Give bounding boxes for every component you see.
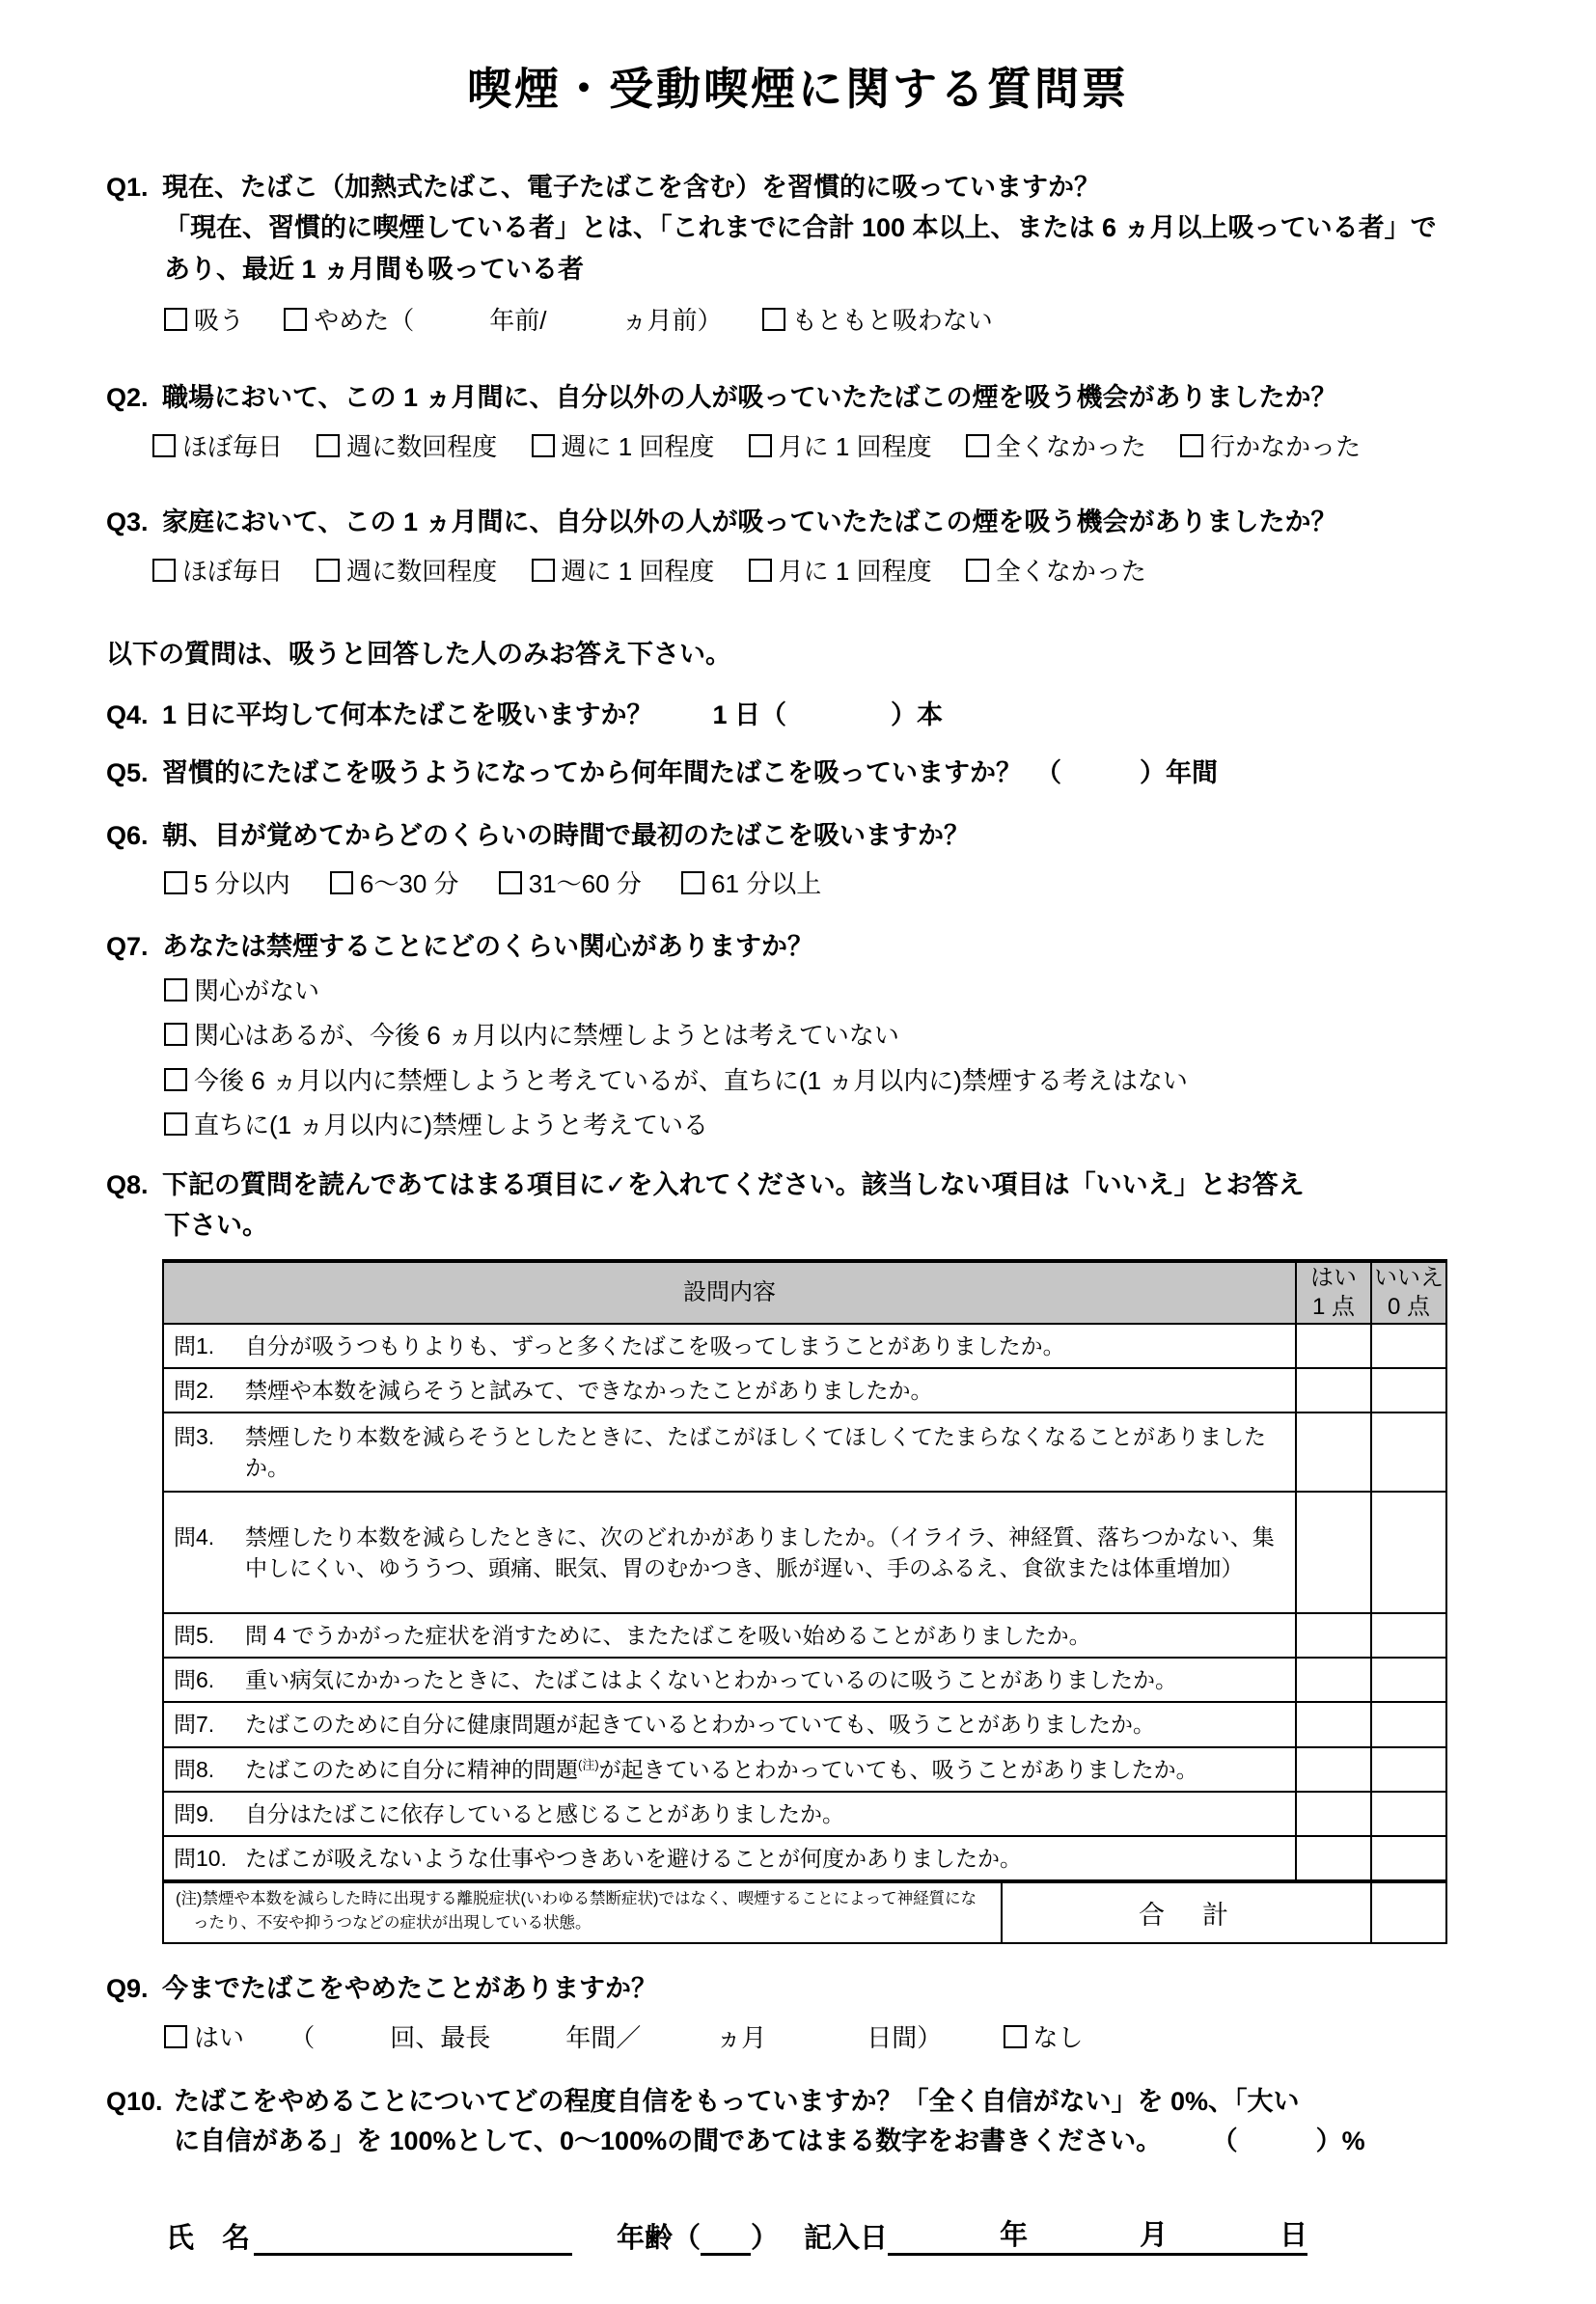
question-number: Q10. (106, 2082, 174, 2122)
checkbox-option: はい (164, 2018, 244, 2057)
question-text: 家庭において、この 1 ヵ月間に、自分以外の人が吸っていたたばこの煙を吸う機会が… (162, 503, 1490, 542)
option-label: 今後 6 ヵ月以内に禁煙しようと考えているが、直ちに(1 ヵ月以内に)禁煙する考… (194, 1066, 1188, 1095)
option-label: 月に 1 回程度 (779, 557, 932, 586)
row-text: たばこのために自分に精神的問題(注)が起きているとわかっていても、吸うことがあり… (245, 1754, 1285, 1785)
row-number: 問10. (174, 1843, 245, 1874)
option-group: 関心がない 関心はあるが、今後 6 ヵ月以内に禁煙しようとは考えていない 今後 … (164, 972, 1490, 1144)
row-number: 問2. (174, 1375, 245, 1406)
option-label: ほぼ毎日 (182, 557, 283, 586)
checkbox-option: 月に 1 回程度 (749, 552, 932, 590)
checkbox-option: 6～30 分 (330, 864, 459, 903)
checkbox-icon[interactable] (532, 434, 555, 457)
fill-in-answer[interactable]: （ 回、最長 年間／ ヵ月 日間） (289, 2018, 942, 2057)
question-note: 「現在、習慣的に喫煙している者」とは、「これまでに合計 100 本以上、または … (164, 207, 1490, 250)
checkbox-option: 全くなかった (966, 552, 1146, 590)
table-header-no: いいえ0 点 (1371, 1261, 1446, 1324)
checkbox-icon[interactable] (966, 434, 989, 457)
total-label: 合 計 (1002, 1881, 1371, 1943)
row-number: 問4. (174, 1522, 245, 1583)
score-cell-no[interactable] (1371, 1747, 1446, 1792)
option-group: 5 分以内 6～30 分 31～60 分 61 分以上 (164, 864, 1490, 903)
table-row: 問1.自分が吸うつもりよりも、ずっと多くたばこを吸ってしまうことがありましたか。 (163, 1324, 1446, 1368)
score-cell-no[interactable] (1371, 1368, 1446, 1413)
table-row: 問10.たばこが吸えないような仕事やつきあいを避けることが何度かありましたか。 (163, 1836, 1446, 1881)
checkbox-option: ほぼ毎日 (152, 427, 283, 466)
row-number: 問6. (174, 1664, 245, 1695)
question-number: Q5. (106, 754, 162, 793)
page-title: 喫煙・受動喫煙に関する質問票 (106, 54, 1490, 118)
checkbox-option: 週に数回程度 (316, 427, 497, 466)
checkbox-icon[interactable] (164, 2025, 187, 2048)
question-number: Q4. (106, 696, 162, 735)
checkbox-icon[interactable] (284, 308, 307, 331)
option-label: ほぼ毎日 (182, 432, 283, 461)
checkbox-icon[interactable] (316, 559, 340, 582)
question-text: 現在、たばこ（加熱式たばこ、電子たばこを含む）を習慣的に吸っていますか？ (162, 168, 1490, 207)
option-label: もともと吸わない (792, 306, 993, 335)
question-number: Q9. (106, 1969, 162, 2009)
question-text: 習慣的にたばこを吸うようになってから何年間たばこを吸っていますか？ (162, 754, 1022, 793)
question-text: 朝、目が覚めてからどのくらいの時間で最初のたばこを吸いますか？ (162, 816, 1490, 856)
option-label: 行かなかった (1210, 432, 1361, 461)
section-instruction: 以下の質問は、吸うと回答した人のみお答え下さい。 (106, 633, 1490, 671)
score-cell-yes[interactable] (1296, 1613, 1371, 1658)
option-label: 月に 1 回程度 (779, 432, 932, 461)
option-label: 全くなかった (996, 432, 1146, 461)
checkbox-option: 31～60 分 (499, 864, 642, 903)
checkbox-icon[interactable] (532, 559, 555, 582)
fill-in-answer[interactable]: 1 日（ ）本 (713, 696, 944, 735)
checkbox-icon[interactable] (164, 978, 187, 1001)
option-label: 直ちに(1 ヵ月以内に)禁煙しようと考えている (194, 1111, 708, 1139)
checkbox-icon[interactable] (164, 1068, 187, 1091)
date-label: 記入日 (804, 2216, 888, 2256)
age-label: 年齢（ (617, 2216, 701, 2256)
question-number: Q2. (106, 378, 162, 418)
checkbox-option: 月に 1 回程度 (749, 427, 932, 466)
name-label: 氏 名 (166, 2216, 250, 2256)
questionnaire-page: 喫煙・受動喫煙に関する質問票 Q1. 現在、たばこ（加熱式たばこ、電子たばこを含… (0, 0, 1596, 2304)
checkbox-icon[interactable] (499, 871, 522, 894)
option-label: 関心がない (194, 976, 319, 1005)
row-number: 問3. (174, 1421, 245, 1483)
table-row: 問3.禁煙したり本数を減らそうとしたときに、たばこがほしくてほしくてたまらなくな… (163, 1413, 1446, 1492)
table-row: 問9.自分はたばこに依存していると感じることがありましたか。 (163, 1792, 1446, 1836)
row-number: 問5. (174, 1620, 245, 1651)
question-q6: Q6. 朝、目が覚めてからどのくらいの時間で最初のたばこを吸いますか？ 5 分以… (106, 816, 1490, 904)
row-text: 禁煙したり本数を減らしたときに、次のどれかがありましたか。（イライラ、神経質、落… (245, 1522, 1285, 1583)
checkbox-option: 関心はあるが、今後 6 ヵ月以内に禁煙しようとは考えていない (164, 1016, 1490, 1055)
table-row: 問8.たばこのために自分に精神的問題(注)が起きているとわかっていても、吸うこと… (163, 1747, 1446, 1792)
name-fill-in-blank[interactable] (254, 2220, 572, 2256)
checkbox-icon[interactable] (681, 871, 704, 894)
table-row: 問2.禁煙や本数を減らそうと試みて、できなかったことがありましたか。 (163, 1368, 1446, 1413)
row-text: 重い病気にかかったときに、たばこはよくないとわかっているのに吸うことがありました… (245, 1664, 1285, 1695)
score-cell-yes[interactable] (1296, 1836, 1371, 1881)
total-score-cell[interactable] (1371, 1881, 1446, 1943)
score-cell-yes[interactable] (1296, 1658, 1371, 1702)
question-text: 1 日に平均して何本たばこを吸いますか？ (162, 696, 653, 735)
score-cell-no[interactable] (1371, 1792, 1446, 1836)
table-header-content: 設問内容 (163, 1261, 1296, 1324)
checkbox-option: ほぼ毎日 (152, 552, 283, 590)
row-number: 問9. (174, 1798, 245, 1829)
checkbox-option: やめた（ 年前/ ヵ月前） (284, 301, 722, 340)
question-text: たばこをやめることについてどの程度自信をもっていますか？「全く自信がない」を 0… (174, 2082, 1490, 2122)
table-row: 問6.重い病気にかかったときに、たばこはよくないとわかっているのに吸うことがあり… (163, 1658, 1446, 1702)
checkbox-icon[interactable] (152, 559, 176, 582)
checkbox-option: なし (1004, 2018, 1084, 2057)
tds-score-table: 設問内容 はい1 点 いいえ0 点 問1.自分が吸うつもりよりも、ずっと多くたば… (162, 1259, 1447, 1945)
score-cell-no[interactable] (1371, 1413, 1446, 1492)
question-q10: Q10. たばこをやめることについてどの程度自信をもっていますか？「全く自信がな… (106, 2082, 1490, 2163)
age-label-close: ） (751, 2216, 779, 2256)
checkbox-option: もともと吸わない (762, 301, 993, 340)
row-number: 問8. (174, 1754, 245, 1785)
checkbox-icon[interactable] (330, 871, 353, 894)
question-q2: Q2. 職場において、この 1 ヵ月間に、自分以外の人が吸っていたたばこの煙を吸… (106, 378, 1490, 466)
score-cell-yes[interactable] (1296, 1368, 1371, 1413)
row-text: 禁煙したり本数を減らそうとしたときに、たばこがほしくてほしくてたまらなくなること… (245, 1421, 1285, 1483)
score-cell-no[interactable] (1371, 1613, 1446, 1658)
option-label: 5 分以内 (194, 869, 290, 898)
option-group: 吸う やめた（ 年前/ ヵ月前） もともと吸わない (164, 301, 1490, 340)
score-cell-yes[interactable] (1296, 1702, 1371, 1746)
question-text: 今までたばこをやめたことがありますか？ (162, 1969, 1490, 2009)
row-number: 問7. (174, 1709, 245, 1740)
checkbox-option: 週に 1 回程度 (532, 427, 715, 466)
table-header-yes: はい1 点 (1296, 1261, 1371, 1324)
checkbox-option: 関心がない (164, 972, 1490, 1010)
score-cell-no[interactable] (1371, 1658, 1446, 1702)
option-label: やめた（ 年前/ ヵ月前） (314, 306, 722, 335)
checkbox-option: 61 分以上 (681, 864, 821, 903)
question-number: Q1. (106, 168, 162, 207)
checkbox-icon[interactable] (1180, 434, 1203, 457)
checkbox-icon[interactable] (164, 1112, 187, 1136)
question-q7: Q7. あなたは禁煙することにどのくらい関心がありますか？ 関心がない 関心はあ… (106, 927, 1490, 1145)
option-label: 週に 1 回程度 (562, 557, 715, 586)
checkbox-icon[interactable] (316, 434, 340, 457)
checkbox-icon[interactable] (749, 434, 772, 457)
option-label: なし (1033, 2023, 1084, 2052)
score-cell-no[interactable] (1371, 1836, 1446, 1881)
question-number: Q8. (106, 1166, 162, 1205)
question-q1: Q1. 現在、たばこ（加熱式たばこ、電子たばこを含む）を習慣的に吸っていますか？… (106, 168, 1490, 340)
row-text: 自分はたばこに依存していると感じることがありましたか。 (245, 1798, 1285, 1829)
date-fill-in-blank[interactable]: 年 月 日 (888, 2213, 1307, 2256)
table-row: 問5.問 4 でうかがった症状を消すために、またたばこを吸い始めることがありまし… (163, 1613, 1446, 1658)
question-text-continued: に自信がある」を 100%として、0～100%の間であてはまる数字をお書きくださ… (174, 2126, 1162, 2155)
question-q5: Q5. 習慣的にたばこを吸うようになってから何年間たばこを吸っていますか？ （ … (106, 754, 1490, 793)
question-q4: Q4. 1 日に平均して何本たばこを吸いますか？ 1 日（ ）本 (106, 696, 1490, 735)
fill-in-answer[interactable]: （ ）% (1212, 2126, 1365, 2155)
score-cell-yes[interactable] (1296, 1747, 1371, 1792)
option-label: 関心はあるが、今後 6 ヵ月以内に禁煙しようとは考えていない (194, 1021, 899, 1050)
option-label: はい (194, 2023, 244, 2052)
option-group: ほぼ毎日 週に数回程度 週に 1 回程度 月に 1 回程度 全くなかった (152, 552, 1490, 590)
score-cell-yes[interactable] (1296, 1324, 1371, 1368)
row-text: たばこが吸えないような仕事やつきあいを避けることが何度かありましたか。 (245, 1843, 1285, 1874)
option-label: 週に数回程度 (346, 432, 497, 461)
footnote-reference: (注) (578, 1757, 599, 1771)
question-q3: Q3. 家庭において、この 1 ヵ月間に、自分以外の人が吸っていたたばこの煙を吸… (106, 503, 1490, 590)
signature-row: 氏 名 年齢（ ） 記入日 年 月 日 (166, 2213, 1490, 2256)
option-label: 全くなかった (996, 557, 1146, 586)
checkbox-icon[interactable] (164, 1023, 187, 1046)
question-number: Q7. (106, 927, 162, 967)
checkbox-option: 今後 6 ヵ月以内に禁煙しようと考えているが、直ちに(1 ヵ月以内に)禁煙する考… (164, 1061, 1490, 1100)
row-text: たばこのために自分に健康問題が起きているとわかっていても、吸うことがありましたか… (245, 1709, 1285, 1740)
question-q9: Q9. 今までたばこをやめたことがありますか？ はい （ 回、最長 年間／ ヵ月… (106, 1969, 1490, 2057)
option-label: 吸う (194, 306, 244, 335)
checkbox-option: 吸う (164, 301, 244, 340)
row-text: 問 4 でうかがった症状を消すために、またたばこを吸い始めることがありましたか。 (245, 1620, 1285, 1651)
question-text: 下記の質問を読んであてはまる項目に✓を入れてください。該当しない項目は「いいえ」… (162, 1166, 1490, 1205)
table-footer-row: (注)禁煙や本数を減らした時に出現する離脱症状(いわゆる禁断症状)ではなく、喫煙… (163, 1881, 1446, 1943)
checkbox-option: 全くなかった (966, 427, 1146, 466)
question-number: Q3. (106, 503, 162, 542)
checkbox-option: 直ちに(1 ヵ月以内に)禁煙しようと考えている (164, 1106, 1490, 1144)
score-cell-no[interactable] (1371, 1702, 1446, 1746)
option-label: 6～30 分 (360, 869, 459, 898)
row-number: 問1. (174, 1330, 245, 1361)
table-row: 問4.禁煙したり本数を減らしたときに、次のどれかがありましたか。（イライラ、神経… (163, 1492, 1446, 1613)
checkbox-option: 行かなかった (1180, 427, 1361, 466)
question-note: あり、最近 1 ヵ月間も吸っている者 (164, 249, 1490, 291)
checkbox-icon[interactable] (966, 559, 989, 582)
option-label: 週に 1 回程度 (562, 432, 715, 461)
score-cell-yes[interactable] (1296, 1792, 1371, 1836)
option-label: 61 分以上 (711, 869, 821, 898)
question-text: 職場において、この 1 ヵ月間に、自分以外の人が吸っていたたばこの煙を吸う機会が… (162, 378, 1490, 418)
row-text: 禁煙や本数を減らそうと試みて、できなかったことがありましたか。 (245, 1375, 1285, 1406)
score-cell-no[interactable] (1371, 1324, 1446, 1368)
question-text-continued: 下さい。 (164, 1205, 1490, 1248)
checkbox-icon[interactable] (164, 871, 187, 894)
table-footnote: (注)禁煙や本数を減らした時に出現する離脱症状(いわゆる禁断症状)ではなく、喫煙… (163, 1881, 1002, 1943)
row-text: 自分が吸うつもりよりも、ずっと多くたばこを吸ってしまうことがありましたか。 (245, 1330, 1285, 1361)
checkbox-option: 5 分以内 (164, 864, 290, 903)
option-label: 週に数回程度 (346, 557, 497, 586)
checkbox-icon[interactable] (762, 308, 785, 331)
score-cell-no[interactable] (1371, 1492, 1446, 1613)
checkbox-icon[interactable] (164, 308, 187, 331)
option-group: はい （ 回、最長 年間／ ヵ月 日間） なし (164, 2018, 1490, 2057)
checkbox-icon[interactable] (749, 559, 772, 582)
question-text: あなたは禁煙することにどのくらい関心がありますか？ (162, 927, 1490, 967)
checkbox-icon[interactable] (152, 434, 176, 457)
checkbox-option: 週に数回程度 (316, 552, 497, 590)
question-q8: Q8. 下記の質問を読んであてはまる項目に✓を入れてください。該当しない項目は「… (106, 1166, 1490, 1944)
fill-in-answer[interactable]: （ ）年間 (1035, 754, 1218, 793)
question-number: Q6. (106, 816, 162, 856)
age-fill-in-blank[interactable] (701, 2220, 751, 2256)
option-group: ほぼ毎日 週に数回程度 週に 1 回程度 月に 1 回程度 全くなかった 行かな… (152, 427, 1490, 466)
table-row: 問7.たばこのために自分に健康問題が起きているとわかっていても、吸うことがありま… (163, 1702, 1446, 1746)
checkbox-icon[interactable] (1004, 2025, 1027, 2048)
score-cell-yes[interactable] (1296, 1492, 1371, 1613)
option-label: 31～60 分 (529, 869, 642, 898)
checkbox-option: 週に 1 回程度 (532, 552, 715, 590)
score-cell-yes[interactable] (1296, 1413, 1371, 1492)
